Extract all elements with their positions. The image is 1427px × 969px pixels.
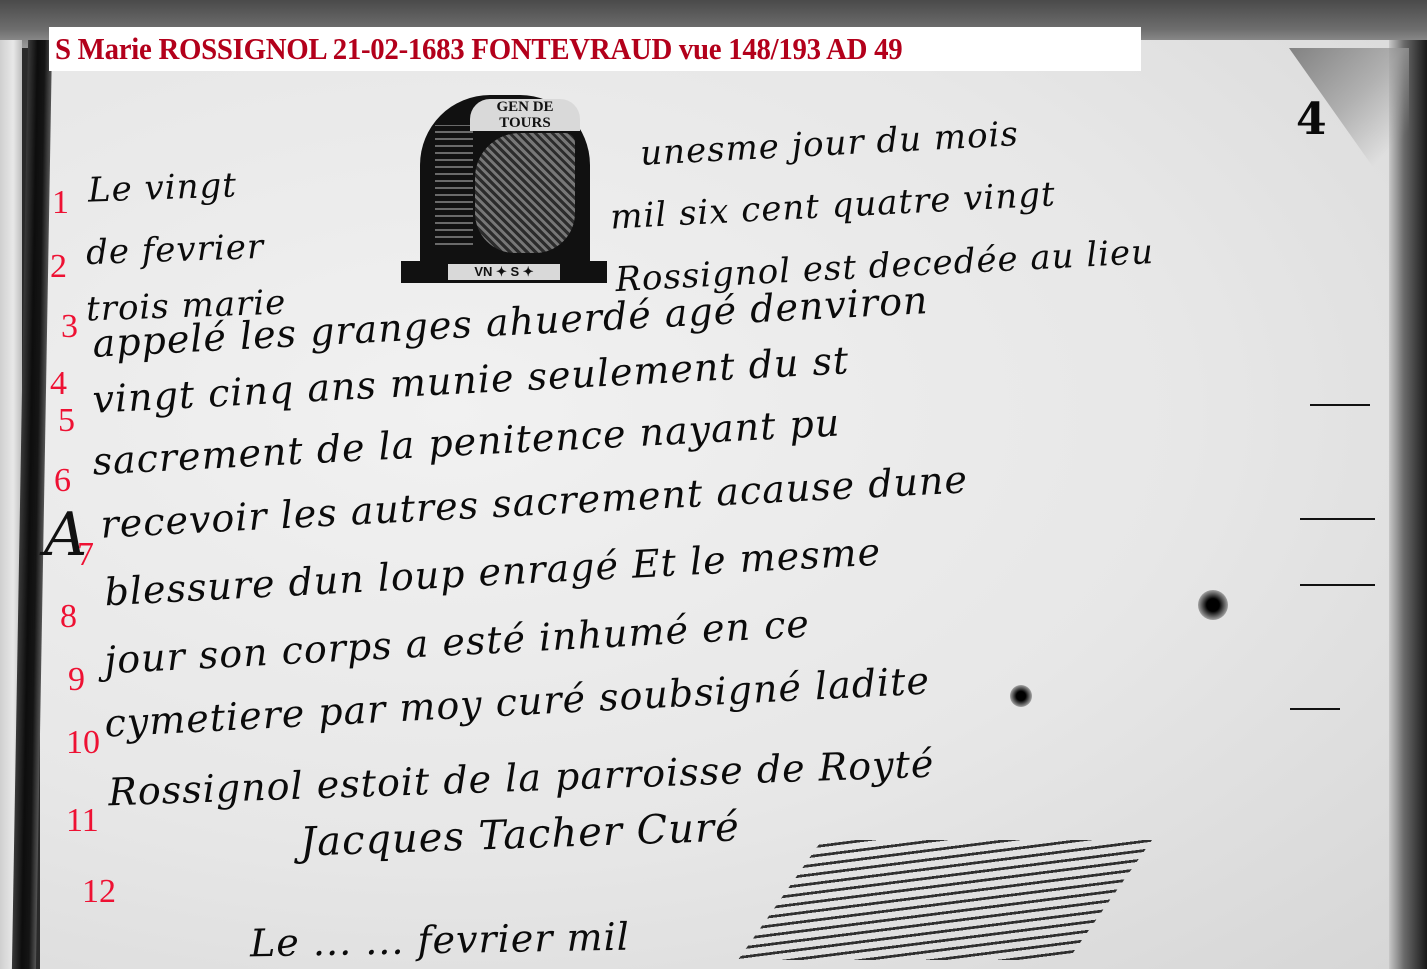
stamp-bottom-band: VN ✦ S ✦ — [401, 261, 607, 283]
line-number: 7 — [77, 538, 94, 572]
handwritten-line-1-left: Le vingt — [87, 165, 237, 210]
stamp-body: GEN DE TOURS — [420, 95, 590, 265]
line-filler-stroke — [1300, 518, 1375, 520]
ink-blot — [1010, 685, 1032, 707]
line-number: 11 — [66, 804, 99, 838]
tax-stamp-icon: GEN DE TOURS VN ✦ S ✦ — [415, 95, 595, 285]
line-filler-stroke — [1290, 708, 1340, 710]
line-filler-stroke — [1310, 404, 1370, 406]
stamp-tower-icon — [435, 125, 473, 250]
stamp-top-text: GEN DE TOURS — [470, 99, 580, 131]
line-number: 4 — [50, 367, 67, 401]
line-number: 12 — [82, 875, 116, 909]
stamp-bottom-text: VN ✦ S ✦ — [448, 264, 559, 280]
line-number: 9 — [68, 663, 85, 697]
folio-number: 4 — [1296, 94, 1327, 145]
line-number: 5 — [58, 404, 75, 438]
scanned-register-page: S Marie ROSSIGNOL 21-02-1683 FONTEVRAUD … — [0, 0, 1427, 969]
line-number: 10 — [66, 726, 100, 760]
title-label: S Marie ROSSIGNOL 21-02-1683 FONTEVRAUD … — [49, 27, 1141, 71]
handwritten-line-2-left: de fevrier — [85, 227, 264, 273]
line-number: 1 — [52, 186, 69, 220]
stamp-figure-icon — [475, 133, 575, 253]
line-number: 6 — [54, 464, 71, 498]
line-number: 8 — [60, 600, 77, 634]
record-title: S Marie ROSSIGNOL 21-02-1683 FONTEVRAUD … — [55, 31, 902, 67]
ink-blot — [1198, 590, 1228, 620]
line-filler-stroke — [1300, 584, 1375, 586]
handwritten-next-record-start: Le ... ... fevrier mil — [250, 915, 631, 966]
line-number: 3 — [61, 310, 78, 344]
line-number: 2 — [50, 250, 67, 284]
